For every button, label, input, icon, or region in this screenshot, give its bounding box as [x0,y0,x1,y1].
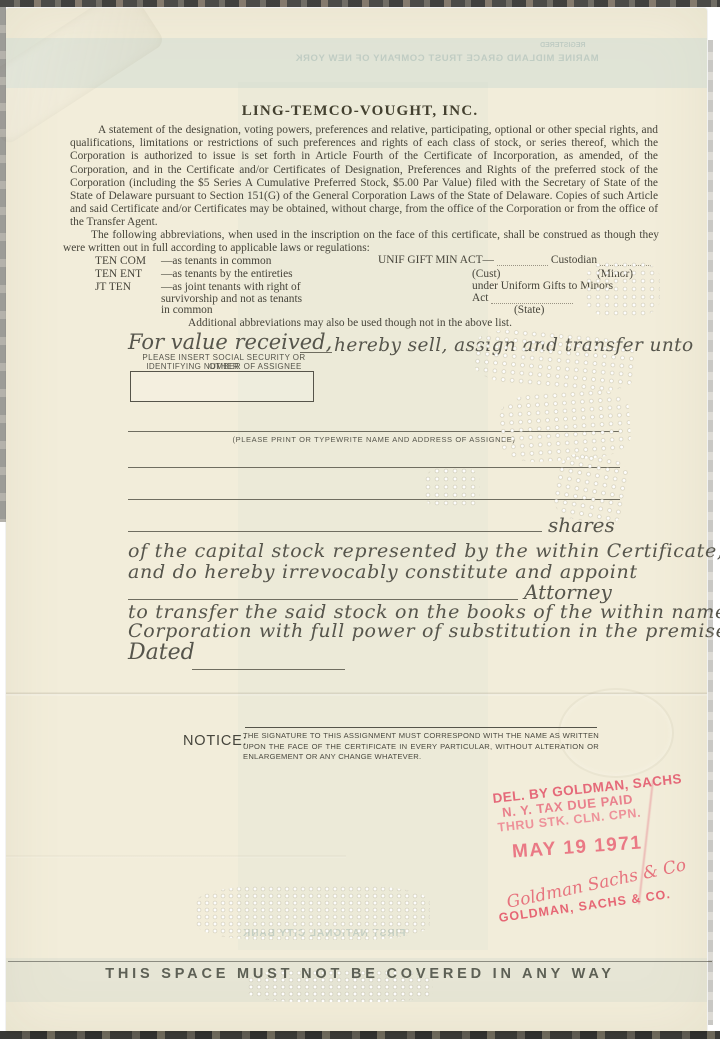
act-row: Act [472,292,576,304]
assignee-id-box [130,371,314,402]
abbrev-meaning: —as tenants by the entireties [161,268,293,280]
scan-edge-left [0,7,6,522]
notice-label: NOTICE: [183,733,247,749]
abbrev-meaning: —as joint tenants with right of [161,281,301,293]
state-label: (State) [514,304,544,316]
show-through-registered-text: REGISTERED [540,42,586,49]
cancellation-perforations [196,886,430,940]
company-title: LING-TEMCO-VOUGHT, INC. [0,103,720,120]
abbrev-row-ten-ent: TEN ENT—as tenants by the entireties [95,268,293,280]
abbrev-code: TEN COM [95,255,161,267]
abbrev-row-ten-com: TEN COM—as tenants in common [95,255,271,267]
additional-abbreviations-note: Additional abbreviations may also be use… [188,317,512,329]
dated-blank-line [192,669,345,670]
assignment-body-line1: of the capital stock represented by the … [128,540,720,562]
shares-blank-line [128,531,542,532]
assignment-body-line4: Corporation with full power of substitut… [128,620,720,642]
scan-edge-top [0,0,720,7]
abbrev-jt-ten-cont2: in common [161,304,213,316]
for-value-received-text: For value received, [128,330,332,354]
cancellation-perforations [586,262,660,316]
certificate-back-page: REGISTERED MARINE MIDLAND GRACE TRUST CO… [0,0,720,1047]
footer-rule [8,961,712,962]
blank-dotted-line [497,255,548,266]
notice-text: THE SIGNATURE TO THIS ASSIGNMENT MUST CO… [243,731,599,763]
abbrev-row-jt-ten: JT TEN—as joint tenants with right of [95,281,301,293]
act-word: Act [472,292,488,304]
attorney-blank-line [128,599,518,600]
fold-crease [6,692,707,696]
fold-crease-minor [6,855,346,858]
abbreviations-intro: The following abbreviations, when used i… [63,229,659,255]
scan-edge-right [708,40,713,1025]
designation-statement-paragraph: A statement of the designation, voting p… [70,124,658,230]
cancellation-perforations [498,388,632,465]
blank-dotted-line [491,293,573,304]
show-through-bank-text-top: MARINE MIDLAND GRACE TRUST COMPANY OF NE… [295,53,599,64]
abbrev-code: TEN ENT [95,268,161,280]
unif-gift-label: UNIF GIFT MIN ACT— [378,254,494,266]
scan-edge-bottom [0,1031,720,1039]
abbrev-code: JT TEN [95,281,161,293]
abbrev-meaning: —as tenants in common [161,255,271,267]
dated-word: Dated [128,640,195,665]
cust-label: (Cust) [472,268,500,280]
ssn-instruction-line2: IDENTIFYING NUMBER OF ASSIGNEE [128,362,320,371]
assignee-name-line-3 [128,499,620,500]
cancellation-perforations [425,468,480,508]
custodian-word: Custodian [551,254,597,266]
assignee-name-line-2 [128,467,620,468]
signature-line [245,727,597,728]
footer-warning-text: THIS SPACE MUST NOT BE COVERED IN ANY WA… [0,966,720,982]
